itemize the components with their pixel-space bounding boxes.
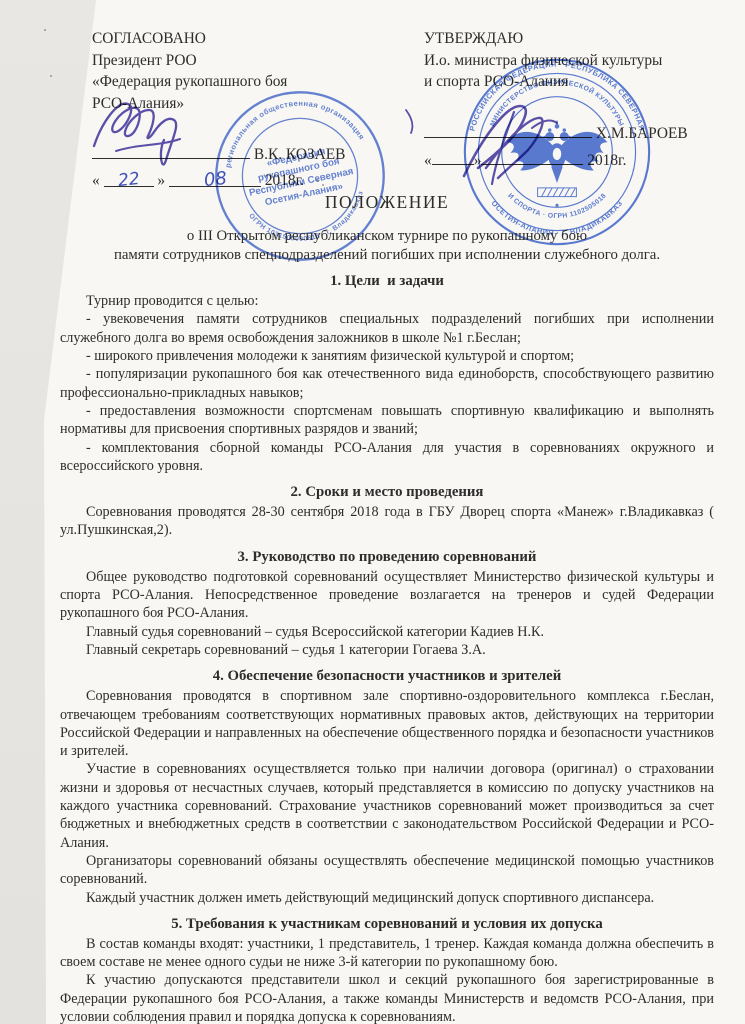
paragraph: Главный секретарь соревнований – судья 1…	[60, 641, 714, 659]
open-quote: «	[424, 152, 432, 169]
paragraph: Каждый участник должен иметь действующий…	[60, 889, 714, 907]
section: 1. Цели и задачиТурнир проводится с цель…	[60, 272, 714, 475]
section: 2. Сроки и место проведенияСоревнования …	[60, 483, 714, 540]
section: 4. Обеспечение безопасности участников и…	[60, 667, 714, 907]
pen-tick-mark	[402, 108, 422, 136]
paragraph: - широкого привлечения молодежи к заняти…	[60, 347, 714, 365]
section-heading: 3. Руководство по проведению соревновани…	[60, 548, 714, 567]
section-heading: 1. Цели и задачи	[60, 272, 714, 291]
sections: 1. Цели и задачиТурнир проводится с цель…	[60, 272, 714, 1024]
document-subtitle-line1: о III Открытом республиканском турнире п…	[60, 227, 714, 246]
section-heading: 2. Сроки и место проведения	[60, 483, 714, 502]
paragraph: К участию допускаются представители школ…	[60, 971, 714, 1024]
approval-status-left: СОГЛАСОВАНО	[92, 28, 412, 50]
paragraph: - предоставления возможности спортсменам…	[60, 402, 714, 439]
paragraph: Главный судья соревнований – судья Всеро…	[60, 623, 714, 641]
section-heading: 4. Обеспечение безопасности участников и…	[60, 667, 714, 686]
paragraph: Организаторы соревнований обязаны осущес…	[60, 852, 714, 889]
open-quote: «	[92, 172, 100, 189]
day-underline: 22	[104, 170, 154, 187]
section: 3. Руководство по проведению соревновани…	[60, 548, 714, 659]
paragraph: - увековечения памяти сотрудников специа…	[60, 310, 714, 347]
document-subtitle-line2: памяти сотрудников спецподразделений пог…	[60, 246, 714, 265]
svg-text:МИНИСТЕРСТВО ФИЗИЧЕСКОЙ КУЛЬТУ: МИНИСТЕРСТВО ФИЗИЧЕСКОЙ КУЛЬТУРЫ	[489, 79, 624, 128]
approval-left-line1: Президент РОО	[92, 50, 412, 72]
approval-header: СОГЛАСОВАНО Президент РОО «Федерация рук…	[0, 0, 745, 200]
paragraph: Соревнования проводятся 28-30 сентября 2…	[60, 503, 714, 540]
paragraph: - популяризации рукопашного боя как отеч…	[60, 365, 714, 402]
paragraph: В состав команды входят: участники, 1 пр…	[60, 935, 714, 972]
document-title: ПОЛОЖЕНИЕ	[60, 192, 714, 213]
approval-status-right: УТВЕРЖДАЮ	[424, 28, 734, 50]
document-body: ПОЛОЖЕНИЕ о III Открытом республиканском…	[60, 192, 714, 1024]
paragraph: Общее руководство подготовкой соревнован…	[60, 568, 714, 623]
paragraph: Соревнования проводятся в спортивном зал…	[60, 687, 714, 760]
close-quote: »	[157, 172, 165, 189]
handwritten-day: 22	[117, 172, 140, 188]
section: 5. Требования к участникам соревнований …	[60, 915, 714, 1024]
paragraph: Турнир проводится с целью:	[60, 292, 714, 310]
paragraph: - комплектования сборной команды РСО-Ала…	[60, 439, 714, 476]
section-heading: 5. Требования к участникам соревнований …	[60, 915, 714, 934]
paragraph: Участие в соревнованиях осуществляется т…	[60, 760, 714, 851]
scanned-document-page: СОГЛАСОВАНО Президент РОО «Федерация рук…	[0, 0, 745, 1024]
